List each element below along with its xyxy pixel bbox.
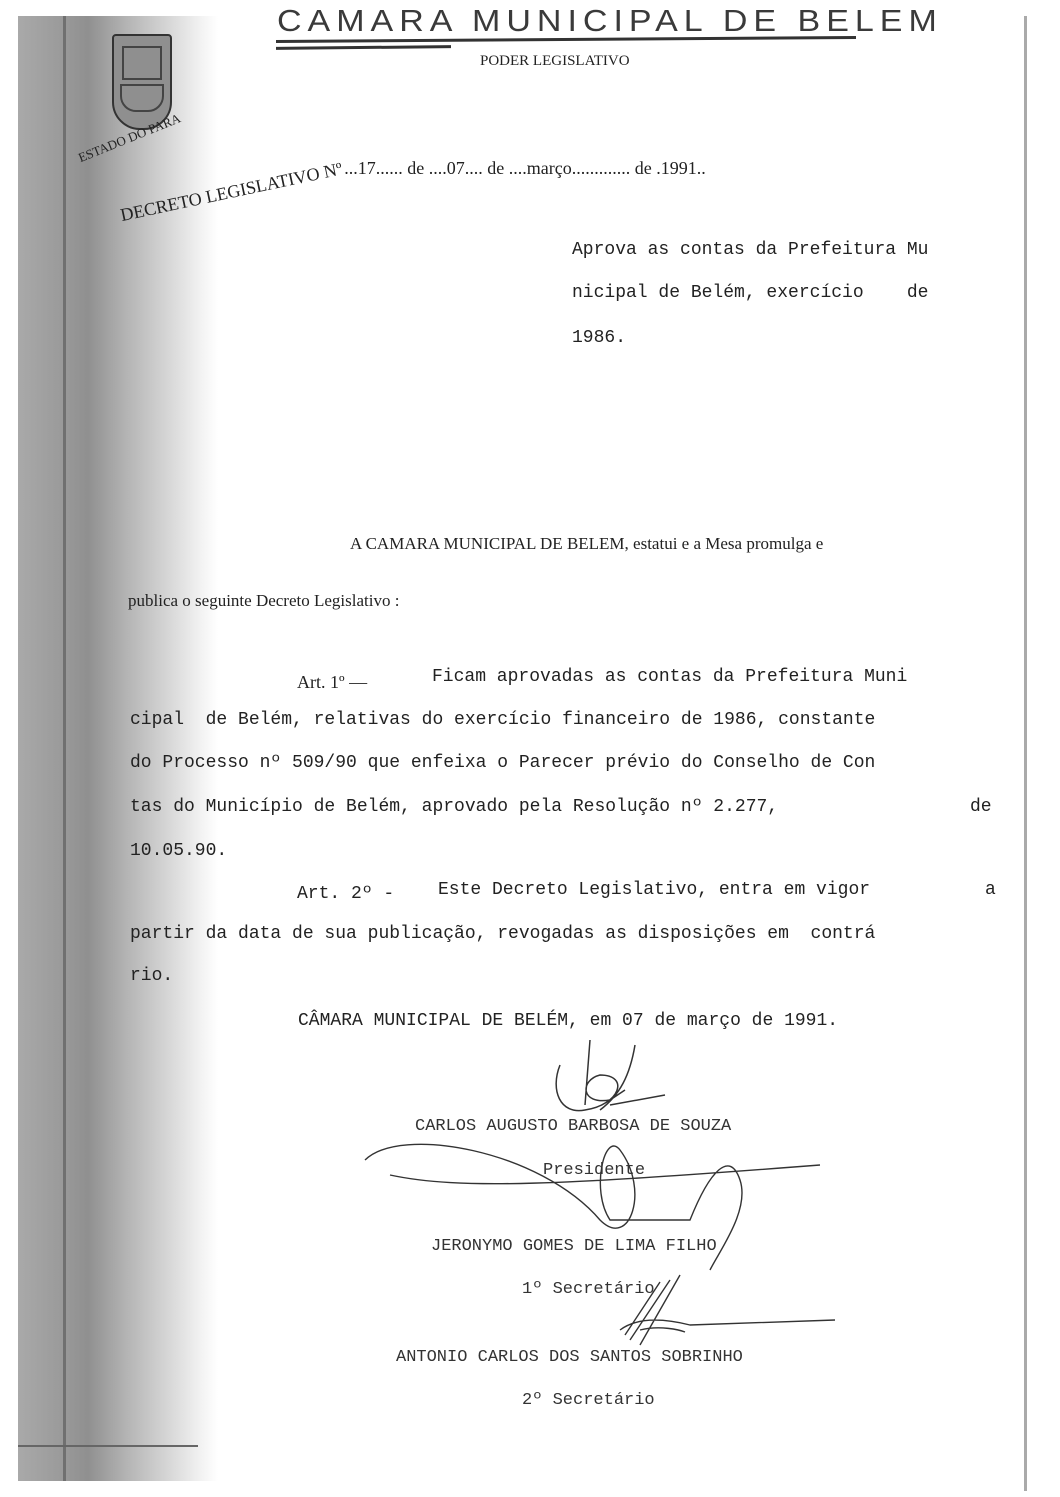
decree-month: março: [527, 158, 572, 178]
article-line-trailing: a: [985, 880, 996, 900]
scan-bottom-edge: [18, 1445, 198, 1447]
scanned-document-page: CAMARA MUNICIPAL DE BELEM PODER LEGISLAT…: [0, 0, 1060, 1497]
signatory-name: CARLOS AUGUSTO BARBOSA DE SOUZA: [415, 1117, 731, 1136]
scan-right-edge: [1024, 16, 1027, 1491]
summary-line: Aprova as contas da Prefeitura Mu: [572, 240, 928, 260]
preamble-line: publica o seguinte Decreto Legislativo :: [128, 591, 399, 611]
article-line: 10.05.90.: [130, 841, 227, 861]
decree-de: de: [407, 158, 424, 178]
article-line-trailing: de: [970, 797, 992, 817]
decree-day: 07: [447, 158, 465, 178]
preamble-line: A CAMARA MUNICIPAL DE BELEM, estatui e a…: [350, 534, 823, 554]
scan-edge-shadow: [18, 16, 218, 1481]
signatory-name: ANTONIO CARLOS DOS SANTOS SOBRINHO: [396, 1348, 743, 1367]
article-label: Art. 2º -: [297, 884, 394, 904]
signatory-role: 1º Secretário: [522, 1280, 655, 1299]
signatory-role: 2º Secretário: [522, 1391, 655, 1410]
letterhead-subtitle: PODER LEGISLATIVO: [480, 53, 630, 70]
decree-de: de: [635, 158, 652, 178]
letterhead-title: CAMARA MUNICIPAL DE BELEM: [277, 4, 943, 39]
signatory-name: JERONYMO GOMES DE LIMA FILHO: [431, 1237, 717, 1256]
decree-year: 1991: [661, 158, 697, 178]
decree-number: 17: [358, 158, 376, 178]
closing-line: CÂMARA MUNICIPAL DE BELÉM, em 07 de març…: [298, 1011, 838, 1031]
header-rule: [276, 45, 451, 50]
article-line: Ficam aprovadas as contas da Prefeitura …: [432, 667, 907, 687]
article-line: cipal de Belém, relativas do exercício f…: [130, 710, 875, 730]
summary-line: 1986.: [572, 328, 626, 348]
decree-de: de: [487, 158, 504, 178]
decree-heading: DECRETO LEGISLATIVO Nº...17...... de ...…: [118, 158, 706, 179]
article-line: partir da data de sua publicação, revoga…: [130, 924, 875, 944]
scan-fold-line: [63, 16, 66, 1481]
signatory-role: Presidente: [543, 1161, 645, 1180]
article-line: rio.: [130, 966, 173, 986]
article-label: Art. 1º —: [297, 672, 367, 693]
summary-line: nicipal de Belém, exercício de: [572, 283, 928, 303]
article-line: tas do Município de Belém, aprovado pela…: [130, 797, 778, 817]
signature-president-icon: [540, 1035, 670, 1125]
article-line: Este Decreto Legislativo, entra em vigor: [438, 880, 870, 900]
article-line: do Processo nº 509/90 que enfeixa o Pare…: [130, 753, 875, 773]
